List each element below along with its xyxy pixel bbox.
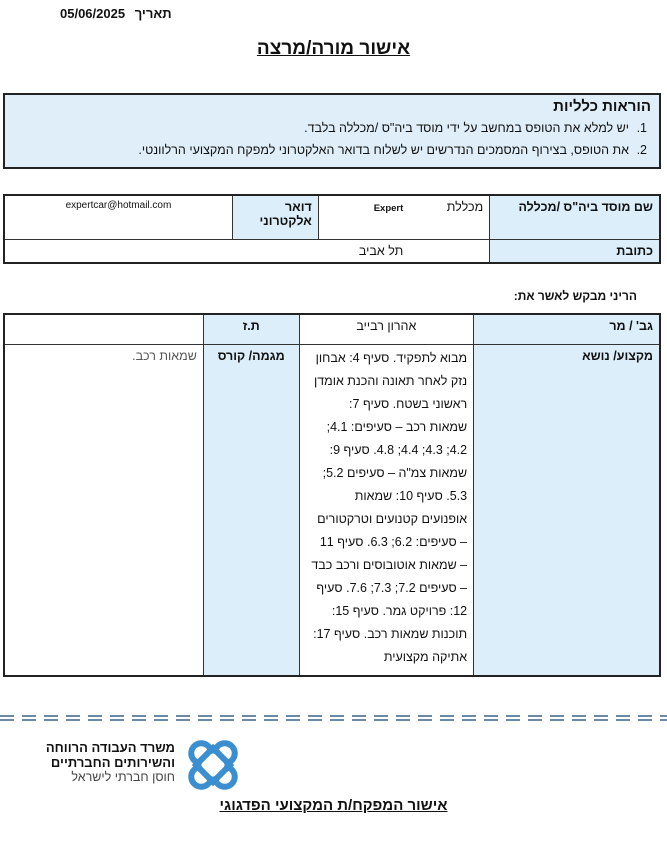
subject-line: 12: פרויקט גמר. סעיף 15: xyxy=(306,600,468,623)
email-label: דואר אלקטרוני xyxy=(232,195,318,239)
supervisor-approval-title: אישור המפקח/ת המקצועי הפדגוגי xyxy=(0,797,667,814)
institution-value: מכללת xyxy=(447,200,483,214)
id-field[interactable] xyxy=(4,314,203,344)
address-label: כתובת xyxy=(490,239,660,263)
ministry-line-2: והשירותים החברתיים xyxy=(15,755,175,770)
institution-label: שם מוסד ביה"ס /מכללה xyxy=(490,195,660,239)
subject-line: ראשוני בשטח. סעיף 7: xyxy=(306,393,468,416)
approval-request-label: הריני מבקש לאשר את: xyxy=(514,289,637,303)
id-label: ת.ז xyxy=(203,314,299,344)
instruction-number: 1. xyxy=(629,121,647,135)
subject-line: אתיקה מקצועית xyxy=(306,646,468,669)
subject-line: שמאות צמ"ה – סעיפים 5.2; xyxy=(306,462,468,485)
subject-line: תוכנות שמאות רכב. סעיף 17: xyxy=(306,623,468,646)
name-field[interactable]: אהרון רבייב xyxy=(299,314,474,344)
email-field[interactable]: expertcar@hotmail.com xyxy=(4,195,232,239)
ministry-tagline: חוסן חברתי לישראל xyxy=(15,770,175,784)
subject-line: – שמאות אוטובוסים ורכב כבד xyxy=(306,554,468,577)
ministry-line-1: משרד העבודה הרווחה xyxy=(15,740,175,755)
track-field[interactable]: שמאות רכב. xyxy=(4,344,203,676)
track-label: מגמה/ קורס xyxy=(203,344,299,676)
instruction-text: את הטופס, בצירוף המסמכים הנדרשים יש לשלו… xyxy=(138,143,629,157)
teacher-table: גב' / מר אהרון רבייב ת.ז מקצוע/ נושא מבו… xyxy=(3,313,661,677)
subject-line: 5.3. סעיף 10: שמאות xyxy=(306,485,468,508)
subject-line: נזק לאחר תאונה והכנת אומדן xyxy=(306,370,468,393)
subject-line: מבוא לתפקיד. סעיף 4: אבחון xyxy=(306,347,468,370)
subject-line: אופנועים קטנועים וטרקטורים xyxy=(306,508,468,531)
subject-line: – סעיפים 7.2; 7.3; 7.6. סעיף xyxy=(306,577,468,600)
institution-field[interactable]: מכללת Expert xyxy=(318,195,489,239)
institution-value-latin: Expert xyxy=(374,203,404,214)
instruction-number: 2. xyxy=(629,143,647,157)
subject-field[interactable]: מבוא לתפקיד. סעיף 4: אבחון נזק לאחר תאונ… xyxy=(299,344,474,676)
section-divider xyxy=(0,715,667,721)
subject-line: שמאות רכב – סעיפים: 4.1; xyxy=(306,416,468,439)
ministry-name: משרד העבודה הרווחה והשירותים החברתיים חו… xyxy=(15,740,175,784)
instruction-item: 1.יש למלא את הטופס במחשב על ידי מוסד ביה… xyxy=(13,121,651,135)
subject-line: 4.2; 4.3; 4.4; 4.8. סעיף 9: xyxy=(306,439,468,462)
ministry-knot-logo-icon xyxy=(185,737,241,793)
address-value: תל אביב xyxy=(359,244,483,258)
instruction-text: יש למלא את הטופס במחשב על ידי מוסד ביה"ס… xyxy=(304,121,629,135)
date-label: תאריך xyxy=(135,6,172,21)
name-label: גב' / מר xyxy=(474,314,660,344)
instruction-item: 2.את הטופס, בצירוף המסמכים הנדרשים יש לש… xyxy=(13,143,651,157)
subject-line: – סעיפים: 6.2; 6.3. סעיף 11 xyxy=(306,531,468,554)
address-field[interactable]: תל אביב xyxy=(4,239,490,263)
institution-table: שם מוסד ביה"ס /מכללה מכללת Expert דואר א… xyxy=(3,194,661,264)
subject-label: מקצוע/ נושא xyxy=(474,344,660,676)
instructions-list: 1.יש למלא את הטופס במחשב על ידי מוסד ביה… xyxy=(13,121,651,157)
date-line: תאריך 05/06/2025 xyxy=(60,6,172,21)
general-instructions-box: הוראות כלליות 1.יש למלא את הטופס במחשב ע… xyxy=(3,93,661,169)
page-title: אישור מורה/מרצה xyxy=(0,38,667,60)
date-value: 05/06/2025 xyxy=(60,6,125,21)
instructions-title: הוראות כלליות xyxy=(13,98,651,115)
